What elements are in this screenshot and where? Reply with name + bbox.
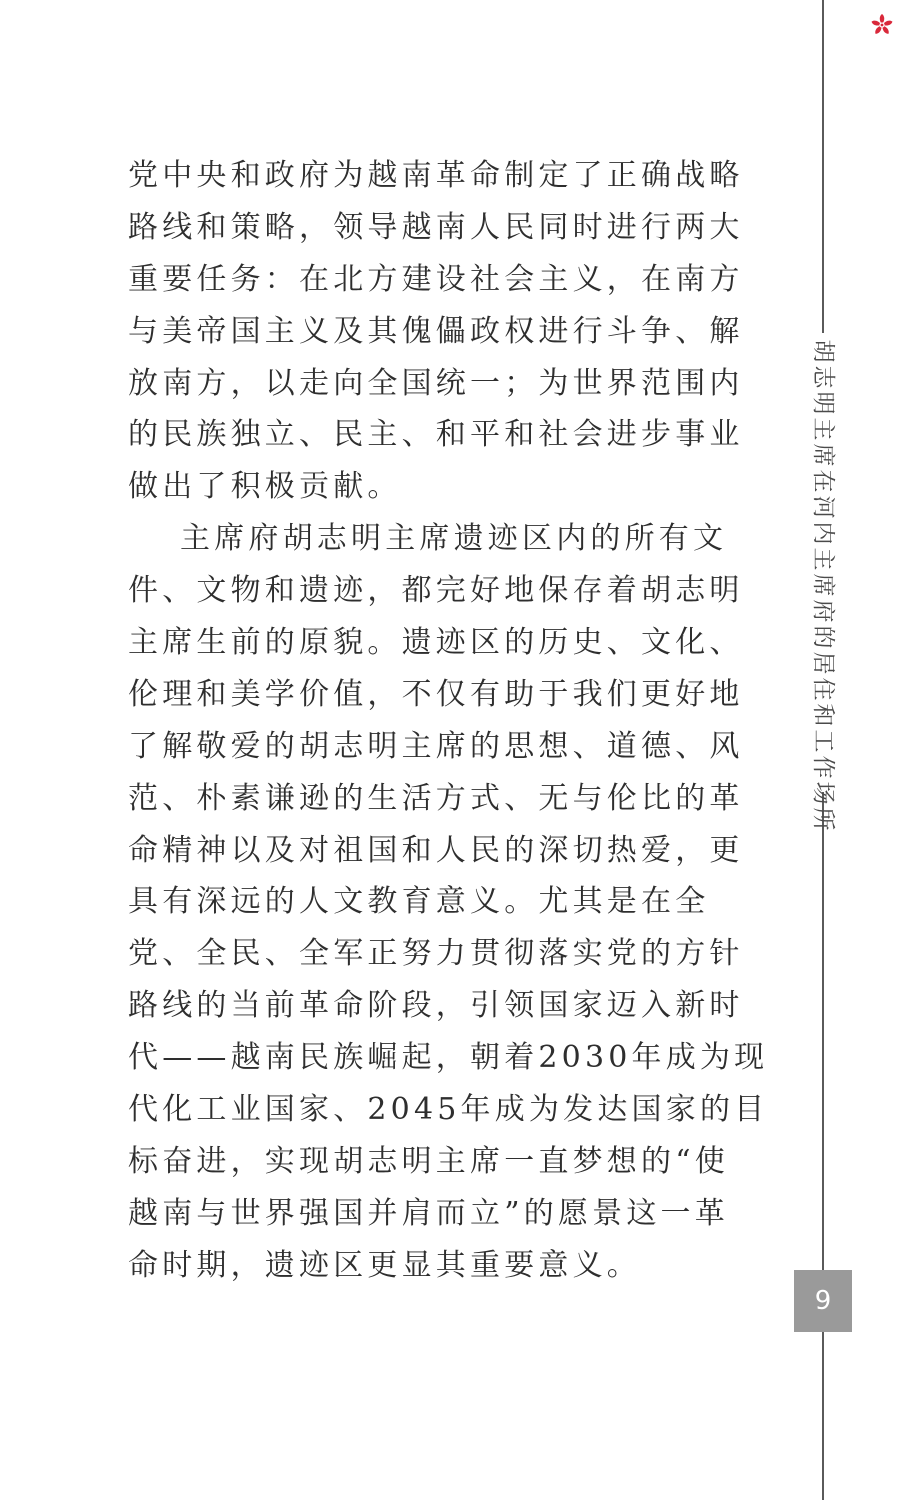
- text-line: 命时期，遗迹区更显其重要意义。: [128, 1240, 752, 1292]
- text-line: 命精神以及对祖国和人民的深切热爱，更: [128, 825, 752, 877]
- text-line: 做出了积极贡献。: [128, 461, 752, 513]
- text-line: 主席府胡志明主席遗迹区内的所有文: [128, 513, 752, 565]
- text-line: 与美帝国主义及其傀儡政权进行斗争、解: [128, 306, 752, 358]
- lotus-logo-icon: [870, 13, 894, 37]
- text-line: 件、文物和遗迹，都完好地保存着胡志明: [128, 565, 752, 617]
- running-title-char: 所: [810, 804, 836, 834]
- text-line: 伦理和美学价值，不仅有助于我们更好地: [128, 669, 752, 721]
- margin-rule-bottom: [822, 1332, 824, 1500]
- text-line: 路线和策略，领导越南人民同时进行两大: [128, 202, 752, 254]
- text-line: 具有深远的人文教育意义。尤其是在全: [128, 876, 752, 928]
- body-text: 党中央和政府为越南革命制定了正确战略 路线和策略，领导越南人民同时进行两大 重要…: [128, 150, 752, 1292]
- text-line: 主席生前的原貌。遗迹区的历史、文化、: [128, 617, 752, 669]
- margin-rule-top: [822, 0, 824, 333]
- text-line: 代——越南民族崛起，朝着2030年成为现: [128, 1032, 752, 1084]
- text-line: 越南与世界强国并肩而立”的愿景这一革: [128, 1188, 752, 1240]
- running-title: 胡 志 明 主 席 在 河 内 主 席 府 的 居 住 和 工 作 场 所: [808, 338, 838, 788]
- text-line: 路线的当前革命阶段，引领国家迈入新时: [128, 980, 752, 1032]
- text-line: 重要任务：在北方建设社会主义，在南方: [128, 254, 752, 306]
- text-line: 的民族独立、民主、和平和社会进步事业: [128, 409, 752, 461]
- text-line: 放南方，以走向全国统一；为世界范围内: [128, 358, 752, 410]
- text-line: 代化工业国家、2045年成为发达国家的目: [128, 1084, 752, 1136]
- page-number: 9: [794, 1270, 852, 1332]
- text-line: 标奋进，实现胡志明主席一直梦想的“使: [128, 1136, 752, 1188]
- text-line: 党中央和政府为越南革命制定了正确战略: [128, 150, 752, 202]
- paragraph-1: 党中央和政府为越南革命制定了正确战略 路线和策略，领导越南人民同时进行两大 重要…: [128, 150, 752, 513]
- margin-rule-middle: [822, 792, 824, 1270]
- text-line: 了解敬爱的胡志明主席的思想、道德、风: [128, 721, 752, 773]
- text-line: 党、全民、全军正努力贯彻落实党的方针: [128, 928, 752, 980]
- text-line: 范、朴素谦逊的生活方式、无与伦比的革: [128, 773, 752, 825]
- paragraph-2: 主席府胡志明主席遗迹区内的所有文 件、文物和遗迹，都完好地保存着胡志明 主席生前…: [128, 513, 752, 1291]
